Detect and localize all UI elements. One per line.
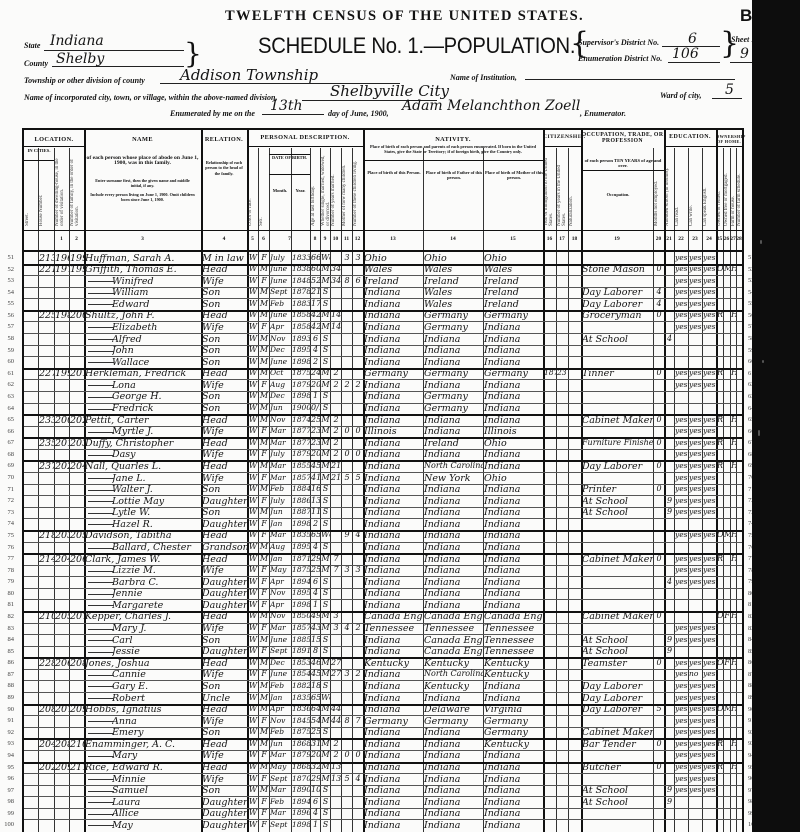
cell-read: yes [675, 716, 688, 725]
cell-sex: M [259, 287, 269, 296]
cell-yrs-married: 34 [331, 264, 341, 273]
line-number: 55 [0, 300, 14, 307]
cell-relation: Wife [202, 565, 247, 576]
cell-relation: Wife [202, 716, 247, 727]
cell-age: 25 [311, 415, 320, 424]
cell-house: 210 [39, 611, 54, 622]
cell-name: Jones, Joshua [85, 658, 201, 669]
cell-color: W [248, 750, 258, 759]
cell-pob-mother: Indiana [484, 600, 543, 611]
cell-read: yes [675, 530, 688, 539]
line-number: 56 [0, 312, 14, 319]
cell-sex: M [259, 693, 269, 702]
cell-sex: M [259, 484, 269, 493]
cell-pob-father: Germany [424, 403, 483, 414]
cell-dwelling: 209 [55, 762, 69, 773]
cell-name: Lytle W. [112, 507, 201, 518]
cell-read: yes [675, 299, 688, 308]
cell-age: 1 [311, 600, 320, 609]
cell-year: 1896 [292, 808, 310, 817]
cell-school: 9 [665, 635, 674, 644]
cell-marital: M [321, 473, 330, 482]
cell-age: 1 [311, 391, 320, 400]
cell-color: W [248, 600, 258, 609]
cell-month: Apr [270, 577, 291, 586]
cell-year: 1883 [292, 299, 310, 308]
cell-pob-mother: Indiana [484, 345, 543, 356]
cell-color: W [248, 345, 258, 354]
cell-color: W [248, 542, 258, 551]
cell-name: Walter J. [112, 484, 201, 495]
column-number: 20 [653, 236, 664, 242]
cell-color: W [248, 611, 258, 620]
cell-unemployed: 0 [654, 762, 664, 771]
cell-pob-mother: Kentucky [484, 658, 543, 669]
cell-yrs-married: 2 [331, 415, 341, 424]
cell-color: W [248, 310, 258, 319]
cell-color: W [248, 276, 258, 285]
census-sheet: TWELFTH CENSUS OF THE UNITED STATES. B S… [0, 0, 752, 832]
cell-marital: S [321, 345, 330, 354]
cell-school: 9 [665, 646, 674, 655]
column-number: 19 [581, 236, 653, 242]
cell-month: Nov [270, 716, 291, 725]
cell-month: Nov [270, 334, 291, 343]
line-number: 89 [0, 694, 14, 701]
cell-pob: Germany [364, 716, 423, 727]
line-number: 81 [0, 601, 14, 608]
city-label: Name of incorporated city, town, or vill… [24, 93, 277, 102]
cell-sex: M [259, 704, 269, 713]
cell-yrs-married: 2 [331, 380, 341, 389]
line-number: 68 [0, 451, 14, 458]
cell-relation: Head [202, 554, 247, 565]
cell-pob: Indiana [364, 310, 423, 321]
cell-age: 6 [311, 797, 320, 806]
cell-color: W [248, 426, 258, 435]
ditto-dash [88, 293, 114, 294]
cell-pob: Indiana [364, 797, 423, 808]
cell-yrs-married: 21 [331, 473, 341, 482]
cell-free: M [724, 530, 730, 539]
cell-sex: M [259, 611, 269, 620]
line-number: 67 [0, 439, 14, 446]
cell-year: 1877 [292, 426, 310, 435]
cell-sex: M [259, 658, 269, 667]
cell-mother-of: 0 [342, 750, 352, 759]
cell-occupation: Day Laborer [582, 287, 653, 298]
line-number: 99 [0, 810, 14, 817]
cell-age: 11 [311, 507, 320, 516]
cell-name: Enamminger, A. C. [85, 739, 201, 750]
cell-read: yes [675, 762, 688, 771]
cell-year: 1850 [292, 611, 310, 620]
cell-pob: Germany [364, 368, 423, 379]
cell-read: yes [675, 368, 688, 377]
cell-age: 16 [311, 484, 320, 493]
cell-marital: S [321, 299, 330, 308]
cell-farm: H [731, 461, 736, 470]
cell-marital: S [321, 785, 330, 794]
cell-pob-father: Indiana [424, 357, 483, 368]
cell-school: 4 [665, 334, 674, 343]
cell-relation: Head [202, 704, 247, 715]
cell-occupation: Bar Tender [582, 739, 653, 750]
cell-pob-father: Canada Eng [424, 611, 483, 622]
cell-pob: Indiana [364, 473, 423, 484]
cell-color: W [248, 473, 258, 482]
cell-pob-father: Indiana [424, 415, 483, 426]
cell-yrs-married: 2 [331, 739, 341, 748]
cell-pob: Indiana [364, 588, 423, 599]
cell-pob-mother: Indiana [484, 380, 543, 391]
cell-yrs-married: 44 [331, 716, 341, 725]
cell-english: yes [703, 380, 716, 389]
cell-occupation: Teamster [582, 658, 653, 669]
cell-relation: Wife [202, 449, 247, 460]
cell-year: 1895 [292, 345, 310, 354]
cell-marital: S [321, 496, 330, 505]
cell-year: 1885 [292, 635, 310, 644]
cell-family: 201 [70, 368, 84, 379]
cell-name: Pettit, Carter [85, 415, 201, 426]
line-number: 60 [0, 358, 14, 365]
line-number: 63 [0, 393, 14, 400]
cell-english: yes [703, 681, 716, 690]
cell-yrs-married: 3 [331, 611, 341, 620]
cell-unemployed: 0 [654, 461, 664, 470]
cell-write: yes [689, 530, 702, 539]
ditto-dash [88, 686, 114, 687]
cell-color: W [248, 438, 258, 447]
cell-occupation: Cabinet Maker [582, 727, 653, 738]
cell-family: 205 [70, 530, 84, 541]
enumeration-district: 106 [672, 46, 699, 62]
cell-write: yes [689, 635, 702, 644]
cell-relation: Uncle [202, 693, 247, 704]
cell-marital: S [321, 820, 330, 829]
cell-age: 25 [311, 727, 320, 736]
cell-month: Sept [270, 820, 291, 829]
cell-pob: Indiana [364, 808, 423, 819]
column-header: Occupation. [583, 192, 653, 197]
cell-relation: Head [202, 415, 247, 426]
cell-age: 43 [311, 623, 320, 632]
cell-relation: Daughter [202, 797, 247, 808]
ditto-dash [88, 385, 114, 386]
column-header: NAME [84, 136, 201, 143]
cell-english: yes [703, 565, 716, 574]
cell-name: Barbra C. [112, 577, 201, 588]
cell-name: Allice [112, 808, 201, 819]
cell-pob: Indiana [364, 438, 423, 449]
cell-mother-of: 4 [342, 623, 352, 632]
cell-read: yes [675, 774, 688, 783]
cell-color: W [248, 368, 258, 377]
cell-pob: Indiana [364, 449, 423, 460]
cell-relation: Son [202, 681, 247, 692]
cell-pob-mother: Germany [484, 727, 543, 738]
line-number: 59 [0, 347, 14, 354]
cell-pob: Illinois [364, 426, 423, 437]
cell-year: 1895 [292, 588, 310, 597]
cell-occupation: At School [582, 785, 653, 796]
cell-english: yes [703, 693, 716, 702]
cell-sex: M [259, 357, 269, 366]
cell-farm: H [731, 658, 736, 667]
cell-pob-mother: Indiana [484, 391, 543, 402]
ditto-dash [88, 571, 114, 572]
cell-occupation: Cabinet Maker [582, 611, 653, 622]
line-number: 54 [0, 289, 14, 296]
cell-owned: R [717, 762, 723, 771]
cell-relation: Daughter [202, 588, 247, 599]
cell-sex: M [259, 461, 269, 470]
cell-marital: S [321, 287, 330, 296]
cell-sex: M [259, 391, 269, 400]
cell-pob-father: Indiana [424, 727, 483, 738]
cell-year: 1891 [292, 646, 310, 655]
cell-relation: M in law [202, 253, 247, 264]
cell-pob-father: Indiana [424, 588, 483, 599]
cell-occupation: Cabinet Maker [582, 415, 653, 426]
sheet-letter: B [740, 6, 752, 26]
cell-pob-father: Kentucky [424, 658, 483, 669]
cell-year: 1857 [292, 473, 310, 482]
cell-pob-mother: Indiana [484, 577, 543, 588]
cell-color: W [248, 519, 258, 528]
cell-sex: F [259, 322, 269, 331]
cell-pob-father: Germany [424, 716, 483, 727]
cell-house: 221 [39, 264, 54, 275]
enumeration-label: Enumeration District No. [578, 54, 662, 63]
cell-house: 235 [39, 438, 54, 449]
column-number: 2 [69, 236, 84, 242]
cell-english: yes [703, 253, 716, 262]
cell-color: W [248, 739, 258, 748]
column-header-vertical: Number of years in the United States. [557, 152, 567, 226]
cell-year: 1894 [292, 577, 310, 586]
cell-name: Wallace [112, 357, 201, 368]
cell-free: M [724, 704, 730, 713]
cell-relation: Son [202, 785, 247, 796]
cell-unemployed: 0 [654, 554, 664, 563]
line-number: 51 [0, 254, 14, 261]
cell-name: Duffy, Christopher [85, 438, 201, 449]
column-header-vertical: Can write. [689, 152, 701, 226]
cell-marital: S [321, 646, 330, 655]
cell-write: yes [689, 704, 702, 713]
cell-year: 1882 [292, 681, 310, 690]
cell-yrs-married: 2 [331, 426, 341, 435]
cell-yrs-married: 7 [331, 565, 341, 574]
column-header: of each person whose place of abode on J… [86, 156, 199, 167]
cell-living: 6 [353, 276, 363, 285]
cell-dwelling: 197 [55, 264, 69, 275]
cell-marital: M [321, 310, 330, 319]
cell-sex: F [259, 565, 269, 574]
line-number: 70 [0, 474, 14, 481]
census-title: TWELFTH CENSUS OF THE UNITED STATES. [225, 8, 584, 25]
cell-pob-mother: Indiana [484, 403, 543, 414]
cell-name: John [112, 345, 201, 356]
cell-yrs-married: 2 [331, 449, 341, 458]
cell-pob-mother: Germany [484, 716, 543, 727]
cell-living: 0 [353, 750, 363, 759]
line-number: 61 [0, 370, 14, 377]
column-header: of each person TEN YEARS of age and over… [583, 158, 663, 169]
cell-yrs-married: 2 [331, 750, 341, 759]
cell-relation: Head [202, 368, 247, 379]
cell-relation: Wife [202, 750, 247, 761]
cell-age: 20 [311, 380, 320, 389]
column-header: NATIVITY. [363, 136, 543, 143]
cell-sex: F [259, 716, 269, 725]
cell-age: 6 [311, 334, 320, 343]
cell-pob-mother: Ireland [484, 287, 543, 298]
cell-pob-father: Canada Eng [424, 646, 483, 657]
cell-yrs-married: 14 [331, 310, 341, 319]
column-number: 17 [556, 236, 568, 242]
cell-house: 213 [39, 253, 54, 264]
cell-year: 1884 [292, 484, 310, 493]
cell-marital: M [321, 276, 330, 285]
cell-color: W [248, 577, 258, 586]
cell-color: W [248, 716, 258, 725]
cell-name: Laura [112, 797, 201, 808]
cell-family: 211 [70, 762, 84, 773]
cell-name: Fredrick [112, 403, 201, 414]
cell-month: Feb [270, 299, 291, 308]
cell-month: June [270, 635, 291, 644]
cell-marital: M [321, 554, 330, 563]
cell-relation: Son [202, 334, 247, 345]
line-number: 64 [0, 405, 14, 412]
cell-month: Sept [270, 287, 291, 296]
cell-month: June [270, 669, 291, 678]
cell-school: 9 [665, 507, 674, 516]
cell-pob-mother: Indiana [484, 334, 543, 345]
column-header: DATE OF BIRTH. [269, 155, 310, 160]
cell-farm: H [731, 368, 736, 377]
cell-age: 31 [311, 739, 320, 748]
cell-name: Herkleman, Fredrick [85, 368, 201, 379]
cell-mother-of: 5 [342, 473, 352, 482]
cell-pob: Indiana [364, 669, 423, 680]
cell-month: Jan [270, 554, 291, 563]
cell-relation: Wife [202, 380, 247, 391]
cell-pob: Indiana [364, 785, 423, 796]
cell-sex: F [259, 253, 269, 262]
cell-unemployed: 0 [654, 739, 664, 748]
cell-name: Carl [112, 635, 201, 646]
cell-family: 208 [70, 658, 84, 669]
cell-relation: Son [202, 287, 247, 298]
cell-pob-mother: Germany [484, 368, 543, 379]
cell-family: 204 [70, 461, 84, 472]
cell-age: 46 [311, 658, 320, 667]
cell-name: Rice, Edward R. [85, 762, 201, 773]
cell-year: 1900 [292, 403, 310, 412]
line-number: 62 [0, 381, 14, 388]
cell-pob: Indiana [364, 693, 423, 704]
cell-school: 9 [665, 785, 674, 794]
township-value: Addison Township [180, 66, 318, 84]
cell-marital: M [321, 704, 330, 713]
cell-write: yes [689, 762, 702, 771]
cell-pob: Tennessee [364, 623, 423, 634]
column-number: 8 [310, 236, 320, 242]
cell-unemployed: 4 [654, 287, 664, 296]
cell-age: 54 [311, 716, 320, 725]
cell-month: June [270, 357, 291, 366]
line-number: 66 [0, 428, 14, 435]
cell-mother-of: 9 [342, 530, 352, 539]
cell-age: 60 [311, 264, 320, 273]
ditto-dash [88, 582, 114, 583]
cell-name: Mary [112, 750, 201, 761]
cell-pob-mother: Indiana [484, 808, 543, 819]
cell-read: yes [675, 727, 688, 736]
cell-year: 1898 [292, 519, 310, 528]
cell-color: W [248, 565, 258, 574]
cell-read: yes [675, 449, 688, 458]
cell-month: Sept [270, 774, 291, 783]
cell-year: 1877 [292, 438, 310, 447]
cell-unemployed: 0 [654, 438, 664, 447]
sheet-number: 9 [740, 46, 749, 62]
cell-dwelling: 207 [55, 704, 69, 715]
cell-read: yes [675, 473, 688, 482]
cell-yrs-married: 34 [331, 276, 341, 285]
cell-month: Jan [270, 519, 291, 528]
cell-write: yes [689, 785, 702, 794]
cell-dwelling: 199 [55, 368, 69, 379]
cell-color: W [248, 623, 258, 632]
enumerator-name: Adam Melanchthon Zoell [402, 98, 580, 114]
cell-name: George H. [112, 391, 201, 402]
cell-pob-father: Indiana [424, 507, 483, 518]
cell-pob-mother: Indiana [484, 554, 543, 565]
cell-pob-father: Indiana [424, 345, 483, 356]
cell-month: Mar [270, 808, 291, 817]
cell-pob-mother: Indiana [484, 357, 543, 368]
cell-pob: Indiana [364, 635, 423, 646]
cell-dwelling: 203 [55, 530, 69, 541]
cell-age: 45 [311, 669, 320, 678]
cell-unemployed: 0 [654, 310, 664, 319]
cell-pob-father: Indiana [424, 820, 483, 831]
cell-color: W [248, 287, 258, 296]
cell-age: 20 [311, 449, 320, 458]
cell-pob: Indiana [364, 554, 423, 565]
ditto-dash [88, 733, 114, 734]
cell-family: 207 [70, 611, 84, 622]
cell-color: W [248, 704, 258, 713]
cell-sex: M [259, 310, 269, 319]
cell-english: yes [703, 785, 716, 794]
cell-mother-of: 3 [342, 669, 352, 678]
cell-school: 9 [665, 797, 674, 806]
cell-name: Mary J. [112, 623, 201, 634]
cell-occupation: At School [582, 334, 653, 345]
line-number: 86 [0, 659, 14, 666]
cell-living: 4 [353, 530, 363, 539]
cell-pob-father: North Carolina [424, 461, 483, 470]
column-header: RELATION. [201, 136, 247, 143]
cell-pob-father: Indiana [424, 496, 483, 507]
cell-marital: M [321, 774, 330, 783]
